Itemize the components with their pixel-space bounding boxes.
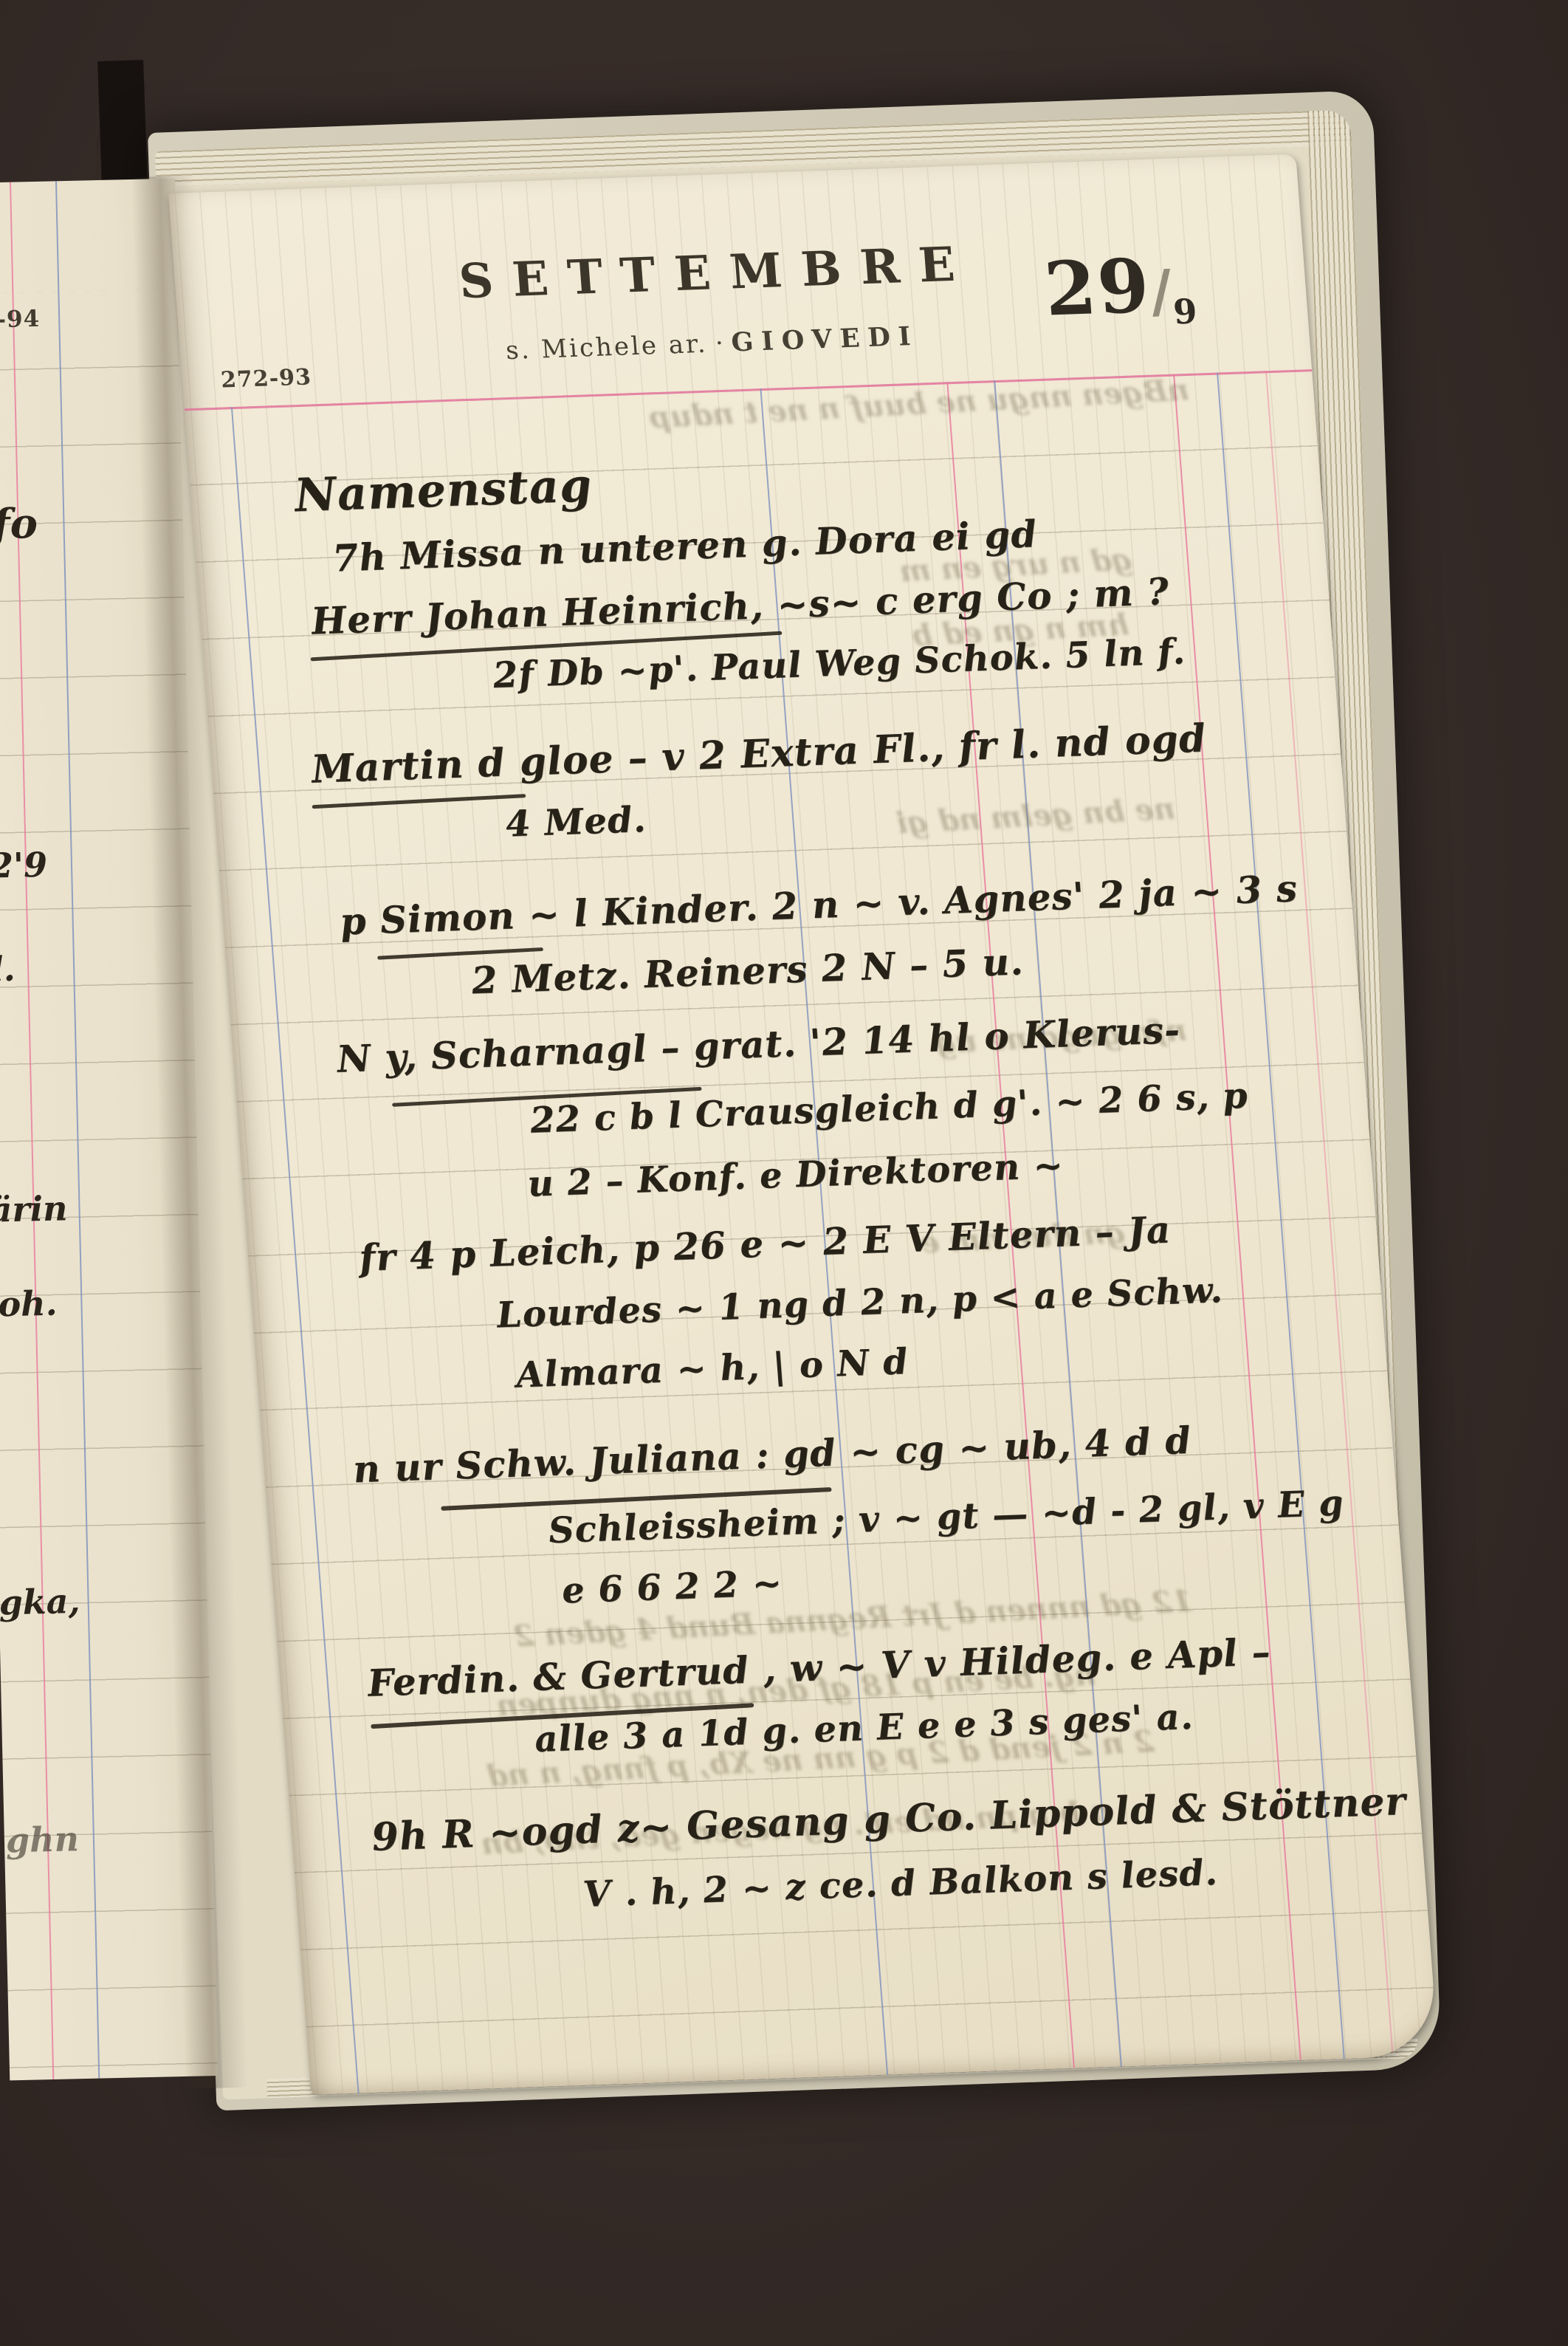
left-page-writing-fragment: gka, bbox=[0, 1581, 80, 1622]
left-page-writing-fragment: fo bbox=[0, 499, 38, 549]
month-number: 9 bbox=[1172, 292, 1198, 332]
left-page-writing-fragment: ärin bbox=[0, 1188, 68, 1229]
page-reference-number: 272-93 bbox=[220, 364, 312, 393]
left-page-writing-fragment: ghn bbox=[5, 1819, 79, 1860]
entry-heading: Namenstag bbox=[292, 458, 594, 522]
date-slash: / bbox=[1148, 258, 1174, 326]
left-page-writing-fragment: 2'9 bbox=[0, 845, 48, 886]
separator-dot: · bbox=[715, 329, 725, 358]
day-number: 29 bbox=[1042, 242, 1154, 333]
left-page-writing-fragment: oh. bbox=[0, 1283, 58, 1325]
entry-line: 4 Med. bbox=[504, 799, 647, 846]
date-number: 29/9 bbox=[1042, 241, 1199, 337]
entry-line: e 6 6 2 2 ~ bbox=[560, 1563, 784, 1611]
left-page-writing-fragment: l. bbox=[0, 949, 16, 989]
diary-page: 272-93 SETTEMBRE s. Michele ar. · GIOVED… bbox=[168, 154, 1439, 2095]
left-page-number-fragment: -94 bbox=[0, 306, 41, 333]
diary-photo: -94 fo 2'9 l. ärin oh. gka, ghn 272-93 S… bbox=[0, 0, 1568, 2346]
